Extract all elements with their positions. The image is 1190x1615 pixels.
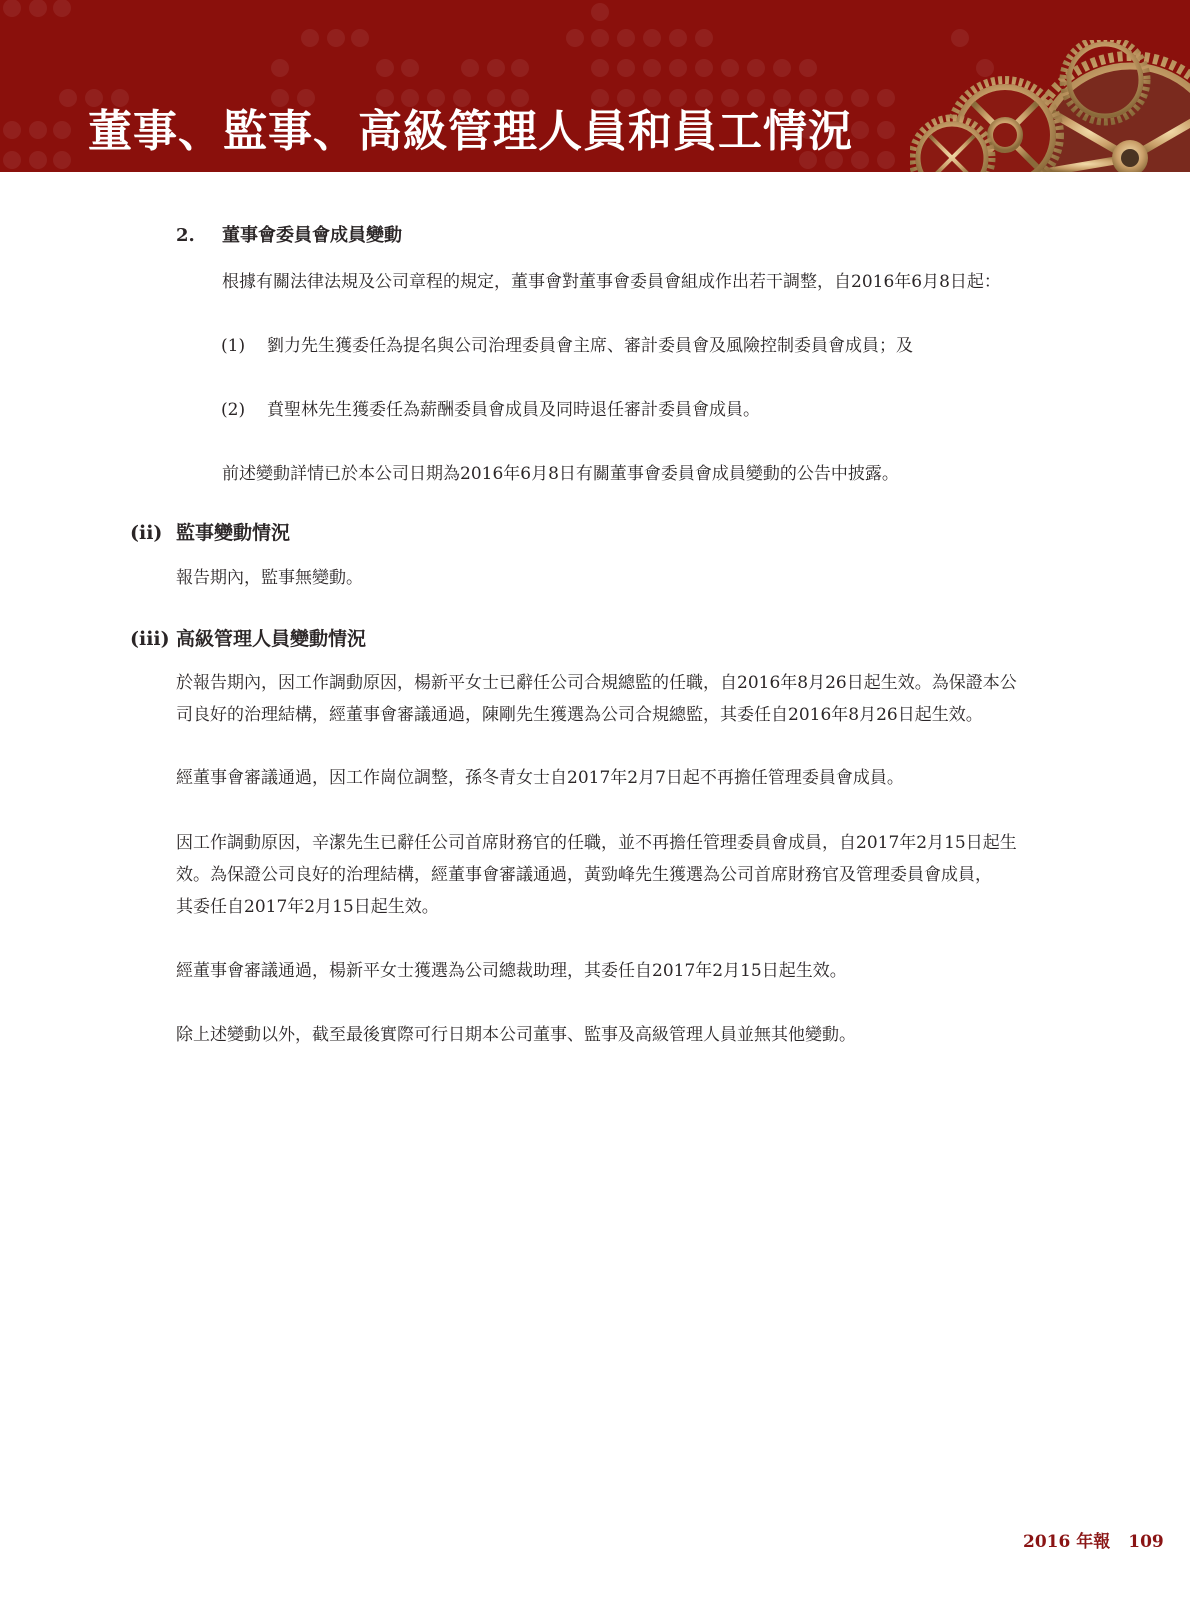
paragraph-line: 司良好的治理結構，經董事會審議通過，陳剛先生獲選為公司合規總監，其委任自2016… [176,703,983,727]
page-title: 董事、監事、高級管理人員和員工情況 [88,104,853,160]
section-heading: 監事變動情況 [176,521,290,545]
list-item: 賁聖林先生獲委任為薪酬委員會成員及同時退任審計委員會成員。 [267,398,760,422]
section-number: 2. [176,224,195,248]
paragraph-line: 效。為保證公司良好的治理結構，經董事會審議通過，黃勁峰先生獲選為公司首席財務官及… [176,863,992,887]
paragraph-line: 其委任自2017年2月15日起生效。 [176,895,439,919]
section-closing: 前述變動詳情已於本公司日期為2016年6月8日有關董事會委員會成員變動的公告中披… [222,462,899,486]
section-heading: 高級管理人員變動情況 [176,627,366,651]
gears-illustration [910,40,1190,172]
list-item: 劉力先生獲委任為提名與公司治理委員會主席、審計委員會及風險控制委員會成員；及 [267,334,913,358]
section-marker: (iii) [130,627,170,651]
section-heading: 董事會委員會成員變動 [222,224,402,248]
paragraph-line: 經董事會審議通過，楊新平女士獲選為公司總裁助理，其委任自2017年2月15日起生… [176,959,847,983]
paragraph-line: 經董事會審議通過，因工作崗位調整，孫冬青女士自2017年2月7日起不再擔任管理委… [176,766,904,790]
paragraph-line: 因工作調動原因，辛潔先生已辭任公司首席財務官的任職，並不再擔任管理委員會成員，自… [176,831,1017,855]
page-header-banner: 董事、監事、高級管理人員和員工情況 [0,0,1190,172]
paragraph-line: 除上述變動以外，截至最後實際可行日期本公司董事、監事及高級管理人員並無其他變動。 [176,1023,856,1047]
section-body: 報告期內，監事無變動。 [176,566,363,590]
list-item-marker: (1) [221,334,245,358]
page-footer: 2016 年報109 [1023,1530,1164,1554]
page-number: 109 [1128,1532,1164,1552]
paragraph-line: 於報告期內，因工作調動原因，楊新平女士已辭任公司合規總監的任職，自2016年8月… [176,671,1017,695]
list-item-marker: (2) [221,398,245,422]
report-label: 2016 年報 [1023,1532,1110,1552]
section-marker: (ii) [130,521,162,545]
section-intro: 根據有關法律法規及公司章程的規定，董事會對董事會委員會組成作出若干調整，自201… [222,270,1001,294]
